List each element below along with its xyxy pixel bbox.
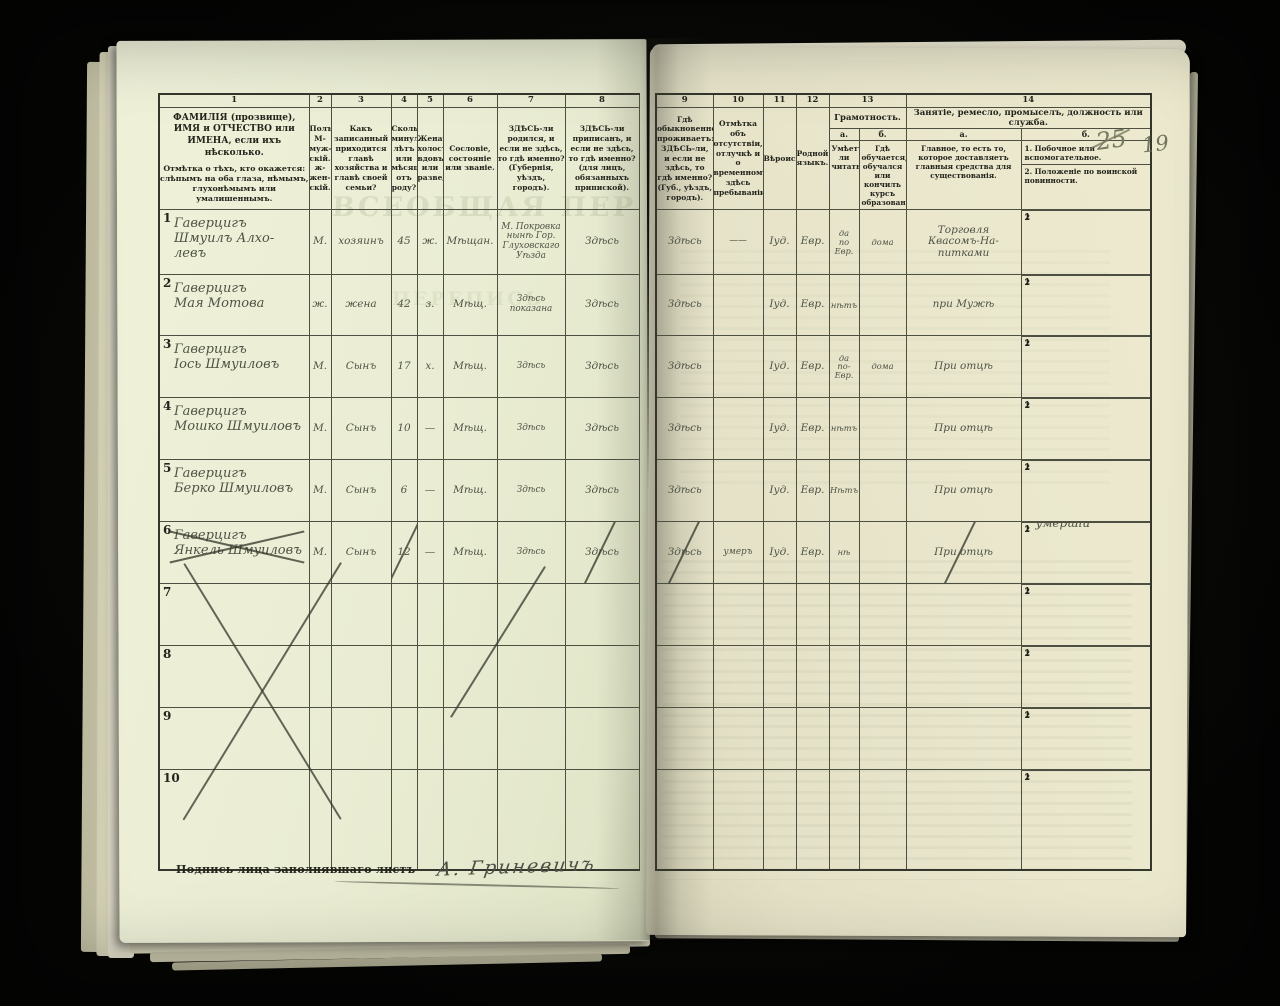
cell-religion: Іуд. [763, 336, 796, 398]
table-row: 1Гаверцигъ Шмуилъ Алхо- левъМ.хозяинъ45ж… [159, 210, 1151, 275]
cell-sex-handwriting: М. [310, 547, 331, 559]
cell-age-handwriting: 10 [392, 423, 417, 435]
cell-occupation-side: 12умершій [1021, 522, 1151, 584]
header-language: Родной языкъ. [796, 107, 829, 210]
row-number: 7 [163, 585, 171, 599]
cell-language: Евр. [796, 460, 829, 522]
cell-religion: Іуд. [763, 522, 796, 584]
cell-birthplace: Здѣсь [497, 460, 565, 522]
page-gutter-cell [639, 770, 656, 870]
page-gutter-cell [639, 398, 656, 460]
cell-registration: Здѣсь [565, 336, 639, 398]
cell-marital: з. [417, 275, 443, 336]
cell-occupation-side: 12 [1021, 460, 1151, 522]
cell-religion: Іуд. [763, 460, 796, 522]
side-occupation-sub1: 1 [1022, 584, 1151, 585]
cell-language [796, 770, 829, 870]
cell-religion-handwriting: Іуд. [764, 423, 796, 435]
cell-estate: Мѣщ. [443, 522, 497, 584]
cell-age [391, 646, 417, 708]
cell-marital [417, 770, 443, 870]
cell-name: 8 [159, 646, 309, 708]
cell-relation [331, 584, 391, 646]
cell-absence [713, 584, 763, 646]
cell-birthplace-handwriting: М. Покровка нынѣ Гор. Глуховскаго Уѣзда [498, 223, 565, 262]
page-gutter-cell [639, 210, 656, 275]
cell-sex: ж. [309, 275, 331, 336]
page-gutter-cell [639, 275, 656, 336]
cell-occupation-main: При отцѣ [906, 460, 1021, 522]
cell-occupation-main: при Мужѣ [906, 275, 1021, 336]
table-row: 812 [159, 646, 1151, 708]
col-number: 12 [796, 94, 829, 107]
cell-name: 7 [159, 584, 309, 646]
cell-marital-handwriting: ж. [418, 236, 443, 248]
col-number: 9 [656, 94, 713, 107]
name-handwriting: Гаверцигъ Мая Мотова [174, 282, 307, 312]
cell-relation: Сынъ [331, 522, 391, 584]
side-occupation-sub1: 1 [1022, 646, 1151, 647]
cell-religion-handwriting: Іуд. [764, 236, 796, 248]
cell-relation-handwriting: Сынъ [332, 547, 391, 559]
cell-sex: М. [309, 336, 331, 398]
cell-reads [829, 708, 859, 770]
header-row: ФАМИЛІЯ (прозвище), ИМЯ и ОТЧЕСТВО или И… [159, 107, 1151, 128]
header-residence: Гдѣ обыкновенно проживаетъ: ЗДѢСЬ-ли, и … [656, 107, 713, 210]
cell-age-handwriting: 17 [392, 361, 417, 373]
cell-estate-handwriting: Мѣщ. [444, 299, 497, 311]
cell-estate [443, 770, 497, 870]
cell-language: Евр. [796, 275, 829, 336]
cell-residence: Здѣсь [656, 460, 713, 522]
cell-estate-handwriting: Мѣщ. [444, 485, 497, 497]
cell-occupation-side: 12 [1021, 275, 1151, 336]
cell-religion: Іуд. [763, 210, 796, 275]
col-number: 3 [331, 94, 391, 107]
cell-marital: х. [417, 336, 443, 398]
row-number: 5 [163, 461, 171, 475]
subheader-letter: а. [830, 129, 859, 141]
cell-school [859, 398, 906, 460]
cell-occupation-main: При отцѣ [906, 398, 1021, 460]
cell-relation-handwriting: Сынъ [332, 423, 391, 435]
cell-absence [713, 275, 763, 336]
header-name: ФАМИЛІЯ (прозвище), ИМЯ и ОТЧЕСТВО или И… [159, 107, 309, 210]
cell-language: Евр. [796, 336, 829, 398]
col-number: 6 [443, 94, 497, 107]
cell-school [859, 584, 906, 646]
cell-registration: Здѣсь [565, 210, 639, 275]
header-occupation-main: а. Главное, то есть то, которое доставля… [906, 128, 1021, 210]
cell-birthplace: Здѣсь [497, 522, 565, 584]
cell-registration: Здѣсь [565, 275, 639, 336]
cell-residence [656, 708, 713, 770]
name-handwriting: Гаверцигъ Янкель Шмуиловъ [174, 529, 307, 559]
subheader-text: Гдѣ обучается, обучался или кончилъ курс… [860, 142, 906, 210]
cell-estate-handwriting: Мѣщ. [444, 361, 497, 373]
cell-residence-handwriting: Здѣсь [657, 423, 713, 435]
cell-age-handwriting: 45 [392, 236, 417, 248]
signature-handwriting: А. Гриневичъ [435, 853, 597, 881]
cell-residence-handwriting: Здѣсь [657, 485, 713, 497]
cell-age-handwriting: 6 [392, 485, 417, 497]
cell-relation: жена [331, 275, 391, 336]
cell-estate: Мѣщ. [443, 275, 497, 336]
cell-marital-handwriting: — [418, 547, 443, 559]
cell-reads: нѣтъ [829, 398, 859, 460]
table-row: 4Гаверцигъ Мошко ШмуиловъМ.Сынъ10—Мѣщ.Зд… [159, 398, 1151, 460]
table-row: 3Гаверцигъ Іось ШмуиловъМ.Сынъ17х.Мѣщ.Зд… [159, 336, 1151, 398]
cell-sex: М. [309, 522, 331, 584]
side-occupation-sub1: 1 [1022, 770, 1151, 771]
header-absence: Отмѣтка объ отсутствіи, отлучкѣ и о врем… [713, 107, 763, 210]
cell-registration-handwriting: Здѣсь [566, 423, 639, 435]
cell-registration [565, 708, 639, 770]
name-handwriting: Гаверцигъ Берко Шмуиловъ [174, 467, 307, 497]
cell-relation: хозяинъ [331, 210, 391, 275]
cell-language: Евр. [796, 522, 829, 584]
cell-sex [309, 708, 331, 770]
cell-language-handwriting: Евр. [797, 361, 829, 373]
subheader-letter: а. [907, 129, 1021, 141]
cell-registration-handwriting: Здѣсь [566, 547, 639, 559]
sub-row-label: 2 [1025, 648, 1031, 658]
cell-age-handwriting: 42 [392, 299, 417, 311]
table-row: 6Гаверцигъ Янкель ШмуиловъМ.Сынъ12—Мѣщ.З… [159, 522, 1151, 584]
cell-name: 10 [159, 770, 309, 870]
header-literacy-school: б. Гдѣ обучается, обучался или кончилъ к… [859, 128, 906, 210]
column-number-row: 1 2 3 4 5 6 7 8 9 10 11 12 13 14 [159, 94, 1151, 107]
cell-occupation-main-handwriting: при Мужѣ [907, 299, 1021, 311]
cell-name: 5Гаверцигъ Берко Шмуиловъ [159, 460, 309, 522]
header-relation: Какъ записанный приходится главѣ хозяйст… [331, 107, 391, 210]
col-number: 10 [713, 94, 763, 107]
cell-birthplace-handwriting: Здѣсь [498, 424, 565, 434]
header-name-main: ФАМИЛІЯ (прозвище), ИМЯ и ОТЧЕСТВО или И… [160, 113, 309, 160]
col-number: 5 [417, 94, 443, 107]
cell-occupation-main: При отцѣ [906, 522, 1021, 584]
cell-estate: Мѣщан. [443, 210, 497, 275]
cell-marital: — [417, 398, 443, 460]
header-marital: Женатъ, холостъ, вдовъ или разведенъ? [417, 107, 443, 210]
cell-relation: Сынъ [331, 460, 391, 522]
cell-occupation-main-handwriting: При отцѣ [907, 361, 1021, 373]
cell-birthplace-handwriting: Здѣсь [498, 486, 565, 496]
cell-relation-handwriting: Сынъ [332, 485, 391, 497]
cell-school-handwriting: дома [860, 362, 906, 371]
side-occupation-sub1: 1 [1022, 398, 1151, 399]
col-number: 14 [906, 94, 1151, 107]
cell-registration: Здѣсь [565, 460, 639, 522]
cell-marital-handwriting: з. [418, 299, 443, 311]
cell-occupation-side: 12 [1021, 708, 1151, 770]
cell-estate: Мѣщ. [443, 460, 497, 522]
cell-occupation-main-handwriting: Торговля Квасомъ-На- питками [907, 225, 1021, 260]
cell-marital: — [417, 460, 443, 522]
side-occupation-sub1: 1 [1022, 708, 1151, 709]
row-number: 8 [163, 647, 171, 661]
cell-absence [713, 708, 763, 770]
cell-sex [309, 646, 331, 708]
cell-reads-handwriting: нѣтъ [830, 424, 859, 433]
side-occupation-sub1: 1 [1022, 336, 1151, 337]
side-note-handwriting: умершій [1036, 522, 1091, 531]
cell-sex-handwriting: ж. [310, 299, 331, 311]
cell-reads: нѣтъ [829, 275, 859, 336]
cell-religion-handwriting: Іуд. [764, 361, 796, 373]
col-number: 11 [763, 94, 796, 107]
page-number-crossed: 25 [1094, 124, 1128, 156]
cell-religion: Іуд. [763, 398, 796, 460]
cell-residence: Здѣсь [656, 336, 713, 398]
col-number: 1 [159, 94, 309, 107]
subheader-text: 1. Побочное или вспомогательное. [1022, 142, 1151, 165]
cell-marital [417, 708, 443, 770]
cell-school: дома [859, 210, 906, 275]
cell-religion: Іуд. [763, 275, 796, 336]
header-estate: Сословіе, состояніе или званіе. [443, 107, 497, 210]
cell-school [859, 708, 906, 770]
subheader-text: Главное, то есть то, которое доставляетъ… [907, 142, 1021, 182]
cell-language-handwriting: Евр. [797, 299, 829, 311]
cell-reads-handwriting: нѣтъ [830, 301, 859, 310]
row-number: 3 [163, 337, 171, 351]
cell-birthplace: Здѣсь показана [497, 275, 565, 336]
cell-relation: Сынъ [331, 398, 391, 460]
row-number: 10 [163, 771, 180, 785]
cell-relation-handwriting: Сынъ [332, 361, 391, 373]
cell-reads-handwriting: нѣ [830, 548, 859, 557]
cell-absence: умеръ [713, 522, 763, 584]
cell-religion-handwriting: Іуд. [764, 547, 796, 559]
cell-age [391, 708, 417, 770]
cell-school [859, 770, 906, 870]
cell-occupation-side: 12 [1021, 210, 1151, 275]
table-row: 1012 [159, 770, 1151, 870]
signature-label: Подпись лица заполнявшаго листъ [176, 863, 415, 876]
cell-residence [656, 770, 713, 870]
cell-religion [763, 584, 796, 646]
header-sex: Полъ. М-муж-скій. ж-жен-скій. [309, 107, 331, 210]
cell-occupation-main [906, 584, 1021, 646]
cell-age: 10 [391, 398, 417, 460]
sub-row-label: 2 [1025, 277, 1031, 287]
cell-occupation-main-handwriting: При отцѣ [907, 423, 1021, 435]
cell-age: 45 [391, 210, 417, 275]
cell-registration-handwriting: Здѣсь [566, 485, 639, 497]
cell-birthplace-handwriting: Здѣсь [498, 548, 565, 558]
cell-occupation-side: 12 [1021, 398, 1151, 460]
cell-residence: Здѣсь [656, 522, 713, 584]
row-number: 2 [163, 276, 171, 290]
cell-absence [713, 770, 763, 870]
cell-reads [829, 770, 859, 870]
cell-estate-handwriting: Мѣщ. [444, 547, 497, 559]
cell-relation [331, 646, 391, 708]
cell-residence: Здѣсь [656, 210, 713, 275]
sub-row-label: 2 [1025, 524, 1031, 534]
cell-school [859, 646, 906, 708]
cell-occupation-main-handwriting: При отцѣ [907, 547, 1021, 559]
cell-estate-handwriting: Мѣщ. [444, 423, 497, 435]
cell-reads: Нѣтъ [829, 460, 859, 522]
name-handwriting: Гаверцигъ Мошко Шмуиловъ [174, 405, 307, 435]
cell-residence: Здѣсь [656, 398, 713, 460]
cell-language: Евр. [796, 210, 829, 275]
cell-relation: Сынъ [331, 336, 391, 398]
cell-occupation-main-handwriting: При отцѣ [907, 485, 1021, 497]
cell-registration-handwriting: Здѣсь [566, 299, 639, 311]
cell-residence-handwriting: Здѣсь [657, 236, 713, 248]
cell-residence: Здѣсь [656, 275, 713, 336]
cell-residence [656, 646, 713, 708]
cell-estate-handwriting: Мѣщан. [444, 236, 497, 248]
cell-residence-handwriting: Здѣсь [657, 547, 713, 559]
page-gutter-cell [639, 94, 656, 107]
table-row: 2Гаверцигъ Мая Мотоваж.жена42з.Мѣщ.Здѣсь… [159, 275, 1151, 336]
header-occupation-side: б. 1. Побочное или вспомогательное. 2. П… [1021, 128, 1151, 210]
cell-sex-handwriting: М. [310, 236, 331, 248]
sub-row-label: 2 [1025, 586, 1031, 596]
cell-school: дома [859, 336, 906, 398]
cell-relation [331, 708, 391, 770]
cell-religion-handwriting: Іуд. [764, 485, 796, 497]
cell-absence: —— [713, 210, 763, 275]
sub-row-label: 2 [1025, 462, 1031, 472]
table-row: 912 [159, 708, 1151, 770]
cell-reads: да по-Евр. [829, 336, 859, 398]
page-gutter-cell [639, 522, 656, 584]
page-gutter-cell [639, 708, 656, 770]
cell-marital: — [417, 522, 443, 584]
header-religion: Вѣроисповѣданіе. [763, 107, 796, 210]
cell-occupation-side: 12 [1021, 584, 1151, 646]
cell-name: 4Гаверцигъ Мошко Шмуиловъ [159, 398, 309, 460]
cell-birthplace: Здѣсь [497, 336, 565, 398]
cell-religion [763, 770, 796, 870]
subheader-letter: б. [1022, 129, 1151, 141]
cell-language-handwriting: Евр. [797, 485, 829, 497]
cell-birthplace-handwriting: Здѣсь [498, 362, 565, 372]
cell-marital-handwriting: — [418, 485, 443, 497]
cell-marital-handwriting: х. [418, 361, 443, 373]
cell-sex: М. [309, 210, 331, 275]
cell-occupation-main: Торговля Квасомъ-На- питками [906, 210, 1021, 275]
cell-occupation-side: 12 [1021, 770, 1151, 870]
name-handwriting: Гаверцигъ Іось Шмуиловъ [174, 343, 307, 373]
cell-language [796, 708, 829, 770]
side-occupation-sub1: 1 [1022, 275, 1151, 276]
header-literacy-group: Грамотность. [829, 107, 906, 128]
page-gutter-cell [639, 584, 656, 646]
cell-language [796, 584, 829, 646]
cell-marital-handwriting: — [418, 423, 443, 435]
cell-relation-handwriting: жена [332, 299, 391, 311]
cell-absence [713, 646, 763, 708]
cell-occupation-main [906, 770, 1021, 870]
cell-sex-handwriting: М. [310, 361, 331, 373]
cell-marital [417, 646, 443, 708]
name-handwriting: Гаверцигъ Шмуилъ Алхо- левъ [174, 217, 307, 262]
cell-marital [417, 584, 443, 646]
sub-row-label: 2 [1025, 212, 1031, 222]
cell-reads: нѣ [829, 522, 859, 584]
cell-occupation-side: 12 [1021, 646, 1151, 708]
cell-occupation-main [906, 708, 1021, 770]
table-row: 5Гаверцигъ Берко ШмуиловъМ.Сынъ6—Мѣщ.Здѣ… [159, 460, 1151, 522]
cell-sex: М. [309, 460, 331, 522]
side-occupation-sub1: 1 [1022, 210, 1151, 211]
cell-name: 6Гаверцигъ Янкель Шмуиловъ [159, 522, 309, 584]
sub-row-label: 2 [1025, 338, 1031, 348]
header-name-note: Отмѣтка о тѣхъ, кто окажется: слѣпымъ на… [160, 164, 309, 205]
cell-relation-handwriting: хозяинъ [332, 236, 391, 248]
cell-birthplace: Здѣсь [497, 398, 565, 460]
cell-reads [829, 646, 859, 708]
book-photo: ВСЕОБЩАЯ ПЕР ПЕРЕПИСЬ 1 2 3 4 5 6 7 8 9 [0, 0, 1280, 1006]
page-number: 19 [1141, 131, 1170, 158]
page-gutter-cell [639, 107, 656, 210]
page-gutter-cell [639, 460, 656, 522]
cell-language-handwriting: Евр. [797, 547, 829, 559]
header-registration: ЗДѢСЬ-ли приписанъ, и если не здѣсь, то … [565, 107, 639, 210]
signature-row: Подпись лица заполнявшаго листъ А. Грине… [176, 856, 596, 878]
cell-school [859, 522, 906, 584]
side-occupation-sub1: 1 [1022, 460, 1151, 461]
cell-registration: Здѣсь [565, 398, 639, 460]
cell-reads-handwriting: да по Евр. [830, 229, 859, 255]
cell-residence-handwriting: Здѣсь [657, 299, 713, 311]
row-number: 9 [163, 709, 171, 723]
cell-registration: Здѣсь [565, 522, 639, 584]
cell-registration-handwriting: Здѣсь [566, 236, 639, 248]
cell-religion [763, 646, 796, 708]
cell-birthplace-handwriting: Здѣсь показана [498, 295, 565, 315]
col-number: 8 [565, 94, 639, 107]
cell-absence-handwriting: умеръ [714, 548, 763, 558]
cell-occupation-side: 12 [1021, 336, 1151, 398]
cell-birthplace: М. Покровка нынѣ Гор. Глуховскаго Уѣзда [497, 210, 565, 275]
page-gutter-cell [639, 646, 656, 708]
subheader-text: 2. Положеніе по воинской повинности. [1022, 165, 1151, 187]
cell-name: 3Гаверцигъ Іось Шмуиловъ [159, 336, 309, 398]
cell-age [391, 584, 417, 646]
cell-school [859, 275, 906, 336]
sub-row-label: 2 [1025, 710, 1031, 720]
cell-absence-handwriting: —— [714, 237, 763, 247]
cell-absence [713, 398, 763, 460]
cell-age [391, 770, 417, 870]
cell-sex: М. [309, 398, 331, 460]
cell-estate [443, 584, 497, 646]
cell-sex-handwriting: М. [310, 423, 331, 435]
col-number: 2 [309, 94, 331, 107]
cell-language: Евр. [796, 398, 829, 460]
cell-registration [565, 646, 639, 708]
cell-birthplace [497, 646, 565, 708]
col-number: 4 [391, 94, 417, 107]
cell-reads [829, 584, 859, 646]
cell-school-handwriting: дома [860, 238, 906, 247]
sub-row-label: 2 [1025, 400, 1031, 410]
cell-reads-handwriting: Нѣтъ [830, 486, 859, 495]
cell-name: 2Гаверцигъ Мая Мотова [159, 275, 309, 336]
col-number: 7 [497, 94, 565, 107]
page-gutter-cell [639, 336, 656, 398]
cell-absence [713, 460, 763, 522]
header-birthplace: ЗДѢСЬ-ли родился, и если не здѣсь, то гд… [497, 107, 565, 210]
cell-school [859, 460, 906, 522]
